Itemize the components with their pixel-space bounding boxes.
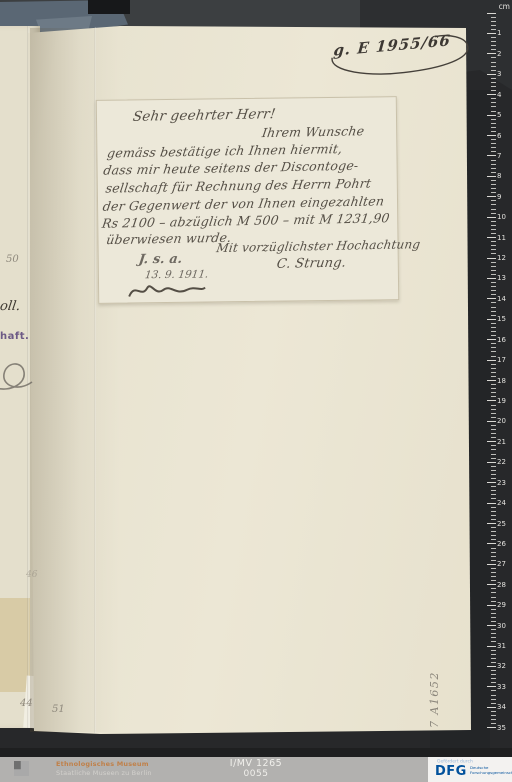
ruler-tick-cm <box>487 727 496 728</box>
ruler-tick-minor <box>491 433 496 434</box>
ruler-tick-minor <box>491 405 496 406</box>
ruler-number: 16 <box>497 336 510 344</box>
ruler-tick-cm <box>487 94 496 95</box>
ruler-tick-minor <box>491 458 496 459</box>
ruler-tick-minor <box>491 654 496 655</box>
ruler-tick-cm <box>487 605 496 606</box>
ruler-tick-minor <box>491 351 496 352</box>
ruler-number: 13 <box>497 274 510 282</box>
ruler-number: 18 <box>497 377 510 385</box>
ruler-tick-minor <box>491 102 496 103</box>
ruler-tick-cm <box>487 584 496 585</box>
ruler-tick-minor <box>491 437 496 438</box>
ruler-tick-minor <box>491 356 496 357</box>
ruler-number: 6 <box>497 132 510 140</box>
ruler-tick-minor <box>491 474 496 475</box>
ruler-tick-minor <box>491 66 496 67</box>
pencil-annotation: J. s. a. <box>138 252 183 268</box>
ruler-number: 1 <box>497 29 510 37</box>
letter-line: dass mir heute seitens der Discontoge- <box>102 158 359 178</box>
ruler-tick-minor <box>491 86 496 87</box>
ruler-tick-minor <box>491 715 496 716</box>
ruler-unit-label: cm <box>499 2 510 11</box>
ruler-tick-cm <box>487 115 496 116</box>
underlying-page-tan-edge <box>0 598 30 692</box>
ruler-tick-minor <box>491 106 496 107</box>
ruler-tick-minor <box>491 188 496 189</box>
letter-line: Rs 2100 – abzüglich M 500 – mit M 1231,9… <box>101 210 391 231</box>
ruler-tick-minor <box>491 90 496 91</box>
letter-closing: Mit vorzüglichster Hochachtung <box>216 237 422 255</box>
ruler-tick-minor <box>491 650 496 651</box>
ruler-tick-minor <box>491 613 496 614</box>
ruler-tick-minor <box>491 315 496 316</box>
ruler-tick-minor <box>491 21 496 22</box>
ruler-tick-minor <box>491 180 496 181</box>
ruler-tick-minor <box>491 331 496 332</box>
ruler-tick-minor <box>491 57 496 58</box>
ruler-tick-cm <box>487 646 496 647</box>
letter-line: überwiesen wurde. <box>105 230 232 247</box>
ruler-tick-minor <box>491 372 496 373</box>
ruler-tick-cm <box>487 400 496 401</box>
shelfmark-vertical: 7 A1652 <box>428 658 444 728</box>
ruler-tick-minor <box>491 364 496 365</box>
ruler-tick-minor <box>491 368 496 369</box>
ruler-tick-minor <box>491 682 496 683</box>
ruler-tick-cm <box>487 196 496 197</box>
ruler-tick-minor <box>491 225 496 226</box>
ruler-tick-minor <box>491 78 496 79</box>
ruler-tick-minor <box>491 384 496 385</box>
ruler-number: 28 <box>497 581 510 589</box>
ruler-tick-minor <box>491 445 496 446</box>
ruler-tick-minor <box>491 490 496 491</box>
ruler-number: 12 <box>497 254 510 262</box>
ruler-tick-minor <box>491 633 496 634</box>
ruler-tick-minor <box>491 41 496 42</box>
ruler-tick-minor <box>491 376 496 377</box>
ruler-tick-minor <box>491 723 496 724</box>
ruler-tick-minor <box>491 37 496 38</box>
ruler-tick-minor <box>491 327 496 328</box>
dfg-panel: Gefördert durch DFG Deutsche Forschungsg… <box>428 757 512 782</box>
ruler-tick-minor <box>491 641 496 642</box>
ruler-tick-minor <box>491 204 496 205</box>
ruler-tick-minor <box>491 270 496 271</box>
ruler-tick-minor <box>491 449 496 450</box>
ruler-number: 27 <box>497 560 510 568</box>
ruler-tick-minor <box>491 17 496 18</box>
pencil-scribble <box>0 348 34 394</box>
handwriting-fragment: oll. <box>0 299 29 314</box>
ruler-tick-cm <box>487 503 496 504</box>
ruler-number: 25 <box>497 520 510 528</box>
ruler-tick-minor <box>491 478 496 479</box>
ruler-tick-minor <box>491 519 496 520</box>
ruler-tick-minor <box>491 572 496 573</box>
ruler-tick-cm <box>487 666 496 667</box>
ruler-tick-cm <box>487 135 496 136</box>
ruler-number: 35 <box>497 724 510 732</box>
ruler-tick-minor <box>491 172 496 173</box>
ruler-tick-cm <box>487 441 496 442</box>
ruler-tick-cm <box>487 217 496 218</box>
ruler-tick-minor <box>491 70 496 71</box>
ruler-tick-minor <box>491 168 496 169</box>
ruler-tick-minor <box>491 200 496 201</box>
ruler-tick-minor <box>491 674 496 675</box>
ruler-tick-minor <box>491 266 496 267</box>
ruler-tick-minor <box>491 515 496 516</box>
ruler-tick-minor <box>491 678 496 679</box>
ruler-tick-minor <box>491 535 496 536</box>
ruler-number: 20 <box>497 417 510 425</box>
ruler-tick-minor <box>491 629 496 630</box>
ruler-tick-minor <box>491 213 496 214</box>
ruler-tick-minor <box>491 241 496 242</box>
ruler-tick-minor <box>491 147 496 148</box>
ruler-tick-minor <box>491 347 496 348</box>
ruler-tick-minor <box>491 392 496 393</box>
ruler-tick-minor <box>491 539 496 540</box>
letter-signature: C. Strung. <box>276 256 347 272</box>
ruler-tick-minor <box>491 621 496 622</box>
ruler-tick-minor <box>491 425 496 426</box>
ruler-tick-minor <box>491 343 496 344</box>
ruler-tick-minor <box>491 131 496 132</box>
ruler-tick-cm <box>487 707 496 708</box>
ruler-tick-minor <box>491 658 496 659</box>
ruler-tick-cm <box>487 53 496 54</box>
ruler-tick-minor <box>491 548 496 549</box>
ruler-number: 15 <box>497 315 510 323</box>
ruler-tick-cm <box>487 339 496 340</box>
ruler-tick-minor <box>491 498 496 499</box>
ruler-number: 31 <box>497 642 510 650</box>
ruler-tick-minor <box>491 597 496 598</box>
ruler-tick-minor <box>491 454 496 455</box>
ruler-tick-minor <box>491 711 496 712</box>
ruler-number: 3 <box>497 70 510 78</box>
photo-bottom-edge <box>0 748 512 757</box>
ruler-tick-minor <box>491 25 496 26</box>
ruler-tick-minor <box>491 556 496 557</box>
ruler-tick-cm <box>487 298 496 299</box>
letter-line: sellschaft für Rechnung des Herrn Pohrt <box>105 176 373 196</box>
ruler-tick-minor <box>491 409 496 410</box>
ruler-tick-minor <box>491 617 496 618</box>
ruler-tick-minor <box>491 282 496 283</box>
ruler-tick-minor <box>491 470 496 471</box>
ruler-tick-minor <box>491 388 496 389</box>
pencil-mark-top: 50 <box>6 254 19 265</box>
ruler-tick-minor <box>491 233 496 234</box>
ruler-tick-cm <box>487 360 496 361</box>
ruler-tick-minor <box>491 576 496 577</box>
ruler-tick-cm <box>487 482 496 483</box>
ruler-number: 33 <box>497 683 510 691</box>
ruler-tick-minor <box>491 302 496 303</box>
ruler-tick-minor <box>491 568 496 569</box>
ruler-number: 2 <box>497 50 510 58</box>
ruler-number: 22 <box>497 458 510 466</box>
ruler-tick-cm <box>487 13 496 14</box>
ruler-tick-minor <box>491 253 496 254</box>
ruler-tick-cm <box>487 155 496 156</box>
ruler-tick-minor <box>491 703 496 704</box>
ruler-tick-cm <box>487 237 496 238</box>
ruler-number: 34 <box>497 703 510 711</box>
ruler-tick-minor <box>491 192 496 193</box>
ruler-number: 5 <box>497 111 510 119</box>
signature-scribble <box>125 277 209 302</box>
ruler-tick-minor <box>491 486 496 487</box>
ruler-tick-minor <box>491 719 496 720</box>
ruler-tick-minor <box>491 531 496 532</box>
ruler-tick-cm <box>487 33 496 34</box>
ruler-number: 24 <box>497 499 510 507</box>
ruler-tick-minor <box>491 98 496 99</box>
ruler-number: 29 <box>497 601 510 609</box>
ruler-tick-cm <box>487 421 496 422</box>
ruler-tick-minor <box>491 580 496 581</box>
ruler-tick-minor <box>491 527 496 528</box>
ruler-tick-minor <box>491 262 496 263</box>
ruler-tick-minor <box>491 119 496 120</box>
ruler-tick-minor <box>491 335 496 336</box>
ruler-tick-minor <box>491 507 496 508</box>
ruler-tick-cm <box>487 176 496 177</box>
ruler-tick-cm <box>487 258 496 259</box>
ruler-tick-minor <box>491 413 496 414</box>
ruler-tick-cm <box>487 380 496 381</box>
ruler-tick-minor <box>491 695 496 696</box>
ruler-tick-minor <box>491 151 496 152</box>
pencil-mark-mid: 46 <box>26 570 37 580</box>
ruler-tick-cm <box>487 278 496 279</box>
pencil-mark-bottom: 44 <box>20 698 33 709</box>
ruler: cm 1234567891011121314151617181920212223… <box>482 0 512 748</box>
ruler-tick-minor <box>491 417 496 418</box>
ruler-tick-cm <box>487 74 496 75</box>
ruler-tick-minor <box>491 127 496 128</box>
ruler-number: 7 <box>497 152 510 160</box>
ruler-number: 19 <box>497 397 510 405</box>
ruler-tick-minor <box>491 323 496 324</box>
funder-name: Deutsche Forschungsgemeinschaft <box>470 766 512 775</box>
ruler-tick-minor <box>491 229 496 230</box>
ruler-tick-minor <box>491 209 496 210</box>
ruler-tick-cm <box>487 686 496 687</box>
ruler-number: 32 <box>497 662 510 670</box>
ruler-tick-minor <box>491 111 496 112</box>
ruler-tick-minor <box>491 311 496 312</box>
ruler-tick-cm <box>487 625 496 626</box>
ruler-tick-minor <box>491 601 496 602</box>
ruler-tick-minor <box>491 249 496 250</box>
ruler-tick-minor <box>491 494 496 495</box>
letter-line: Ihrem Wunsche <box>261 123 365 140</box>
ruler-number: 8 <box>497 172 510 180</box>
ruler-tick-minor <box>491 82 496 83</box>
ruler-tick-minor <box>491 184 496 185</box>
ruler-tick-minor <box>491 662 496 663</box>
ruler-tick-minor <box>491 466 496 467</box>
ruler-tick-cm <box>487 564 496 565</box>
ruler-number: 21 <box>497 438 510 446</box>
ruler-tick-cm <box>487 462 496 463</box>
ruler-tick-cm <box>487 319 496 320</box>
ruler-tick-minor <box>491 511 496 512</box>
ruler-tick-minor <box>491 245 496 246</box>
ruler-tick-minor <box>491 49 496 50</box>
page-number-pencil: 51 <box>52 704 65 715</box>
letter-line: gemäss bestätige ich Ihnen hiermit, <box>106 141 343 161</box>
ruler-tick-minor <box>491 429 496 430</box>
ruler-tick-minor <box>491 670 496 671</box>
ruler-tick-minor <box>491 690 496 691</box>
ruler-number: 23 <box>497 479 510 487</box>
ruler-tick-minor <box>491 396 496 397</box>
ruler-tick-minor <box>491 290 496 291</box>
ruler-number: 14 <box>497 295 510 303</box>
ruler-number: 17 <box>497 356 510 364</box>
ruler-tick-minor <box>491 560 496 561</box>
ruler-number: 4 <box>497 91 510 99</box>
ruler-tick-minor <box>491 164 496 165</box>
ruler-tick-minor <box>491 274 496 275</box>
ruler-tick-minor <box>491 123 496 124</box>
ruler-number: 26 <box>497 540 510 548</box>
ruler-number: 30 <box>497 622 510 630</box>
ruler-number: 11 <box>497 234 510 242</box>
ruler-tick-minor <box>491 294 496 295</box>
ruler-tick-minor <box>491 62 496 63</box>
ruler-tick-cm <box>487 543 496 544</box>
ruler-tick-minor <box>491 286 496 287</box>
ruler-tick-minor <box>491 307 496 308</box>
binding-tape-shadow <box>88 0 130 14</box>
ruler-tick-cm <box>487 523 496 524</box>
ruler-tick-minor <box>491 29 496 30</box>
ruler-tick-minor <box>491 160 496 161</box>
ruler-number: 10 <box>497 213 510 221</box>
ruler-number: 9 <box>497 193 510 201</box>
ruler-tick-minor <box>491 45 496 46</box>
ruler-tick-minor <box>491 637 496 638</box>
ruler-tick-minor <box>491 592 496 593</box>
ruler-tick-minor <box>491 552 496 553</box>
letter-line: Sehr geehrter Herr! <box>132 106 277 125</box>
ruler-tick-minor <box>491 699 496 700</box>
funder-name-line2: Forschungsgemeinschaft <box>470 771 512 776</box>
ruler-tick-minor <box>491 609 496 610</box>
ruler-tick-minor <box>491 143 496 144</box>
pasted-letter-card: Sehr geehrter Herr! Ihrem Wunsche gemäss… <box>96 96 399 304</box>
ruler-tick-minor <box>491 221 496 222</box>
ruler-tick-minor <box>491 139 496 140</box>
dfg-logo: DFG <box>435 764 467 779</box>
ruler-tick-minor <box>491 588 496 589</box>
stamp-fragment: haft. <box>0 331 28 342</box>
